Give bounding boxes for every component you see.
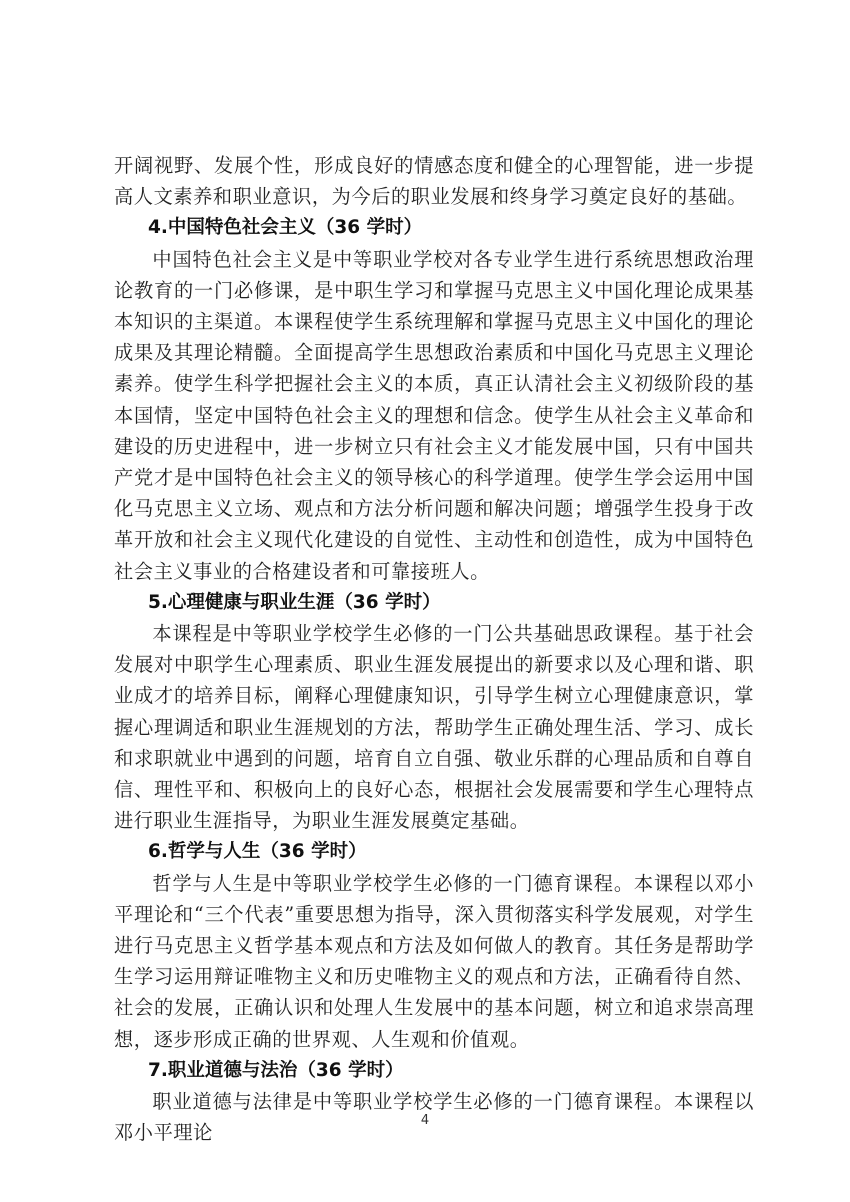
- section-body: 中国特色社会主义是中等职业学校对各专业学生进行系统思想政治理论教育的一门必修课，…: [114, 244, 754, 587]
- section-body: 哲学与人生是中等职业学校学生必修的一门德育课程。本课程以邓小平理论和“三个代表”…: [114, 868, 754, 1055]
- continuation-paragraph: 开阔视野、发展个性，形成良好的情感态度和健全的心理智能，进一步提高人文素养和职业…: [114, 150, 754, 212]
- section-heading: 7.职业道德与法治（36 学时）: [114, 1055, 754, 1086]
- section-4: 4.中国特色社会主义（36 学时） 中国特色社会主义是中等职业学校对各专业学生进…: [114, 212, 754, 586]
- section-6: 6.哲学与人生（36 学时） 哲学与人生是中等职业学校学生必修的一门德育课程。本…: [114, 836, 754, 1054]
- section-body: 本课程是中等职业学校学生必修的一门公共基础思政课程。基于社会发展对中职学生心理素…: [114, 618, 754, 836]
- document-page: 开阔视野、发展个性，形成良好的情感态度和健全的心理智能，进一步提高人文素养和职业…: [114, 150, 754, 1149]
- section-heading: 4.中国特色社会主义（36 学时）: [114, 212, 754, 243]
- page-number: 4: [0, 1113, 850, 1128]
- section-heading: 6.哲学与人生（36 学时）: [114, 836, 754, 867]
- section-7: 7.职业道德与法治（36 学时） 职业道德与法律是中等职业学校学生必修的一门德育…: [114, 1055, 754, 1149]
- section-heading: 5.心理健康与职业生涯（36 学时）: [114, 587, 754, 618]
- section-5: 5.心理健康与职业生涯（36 学时） 本课程是中等职业学校学生必修的一门公共基础…: [114, 587, 754, 837]
